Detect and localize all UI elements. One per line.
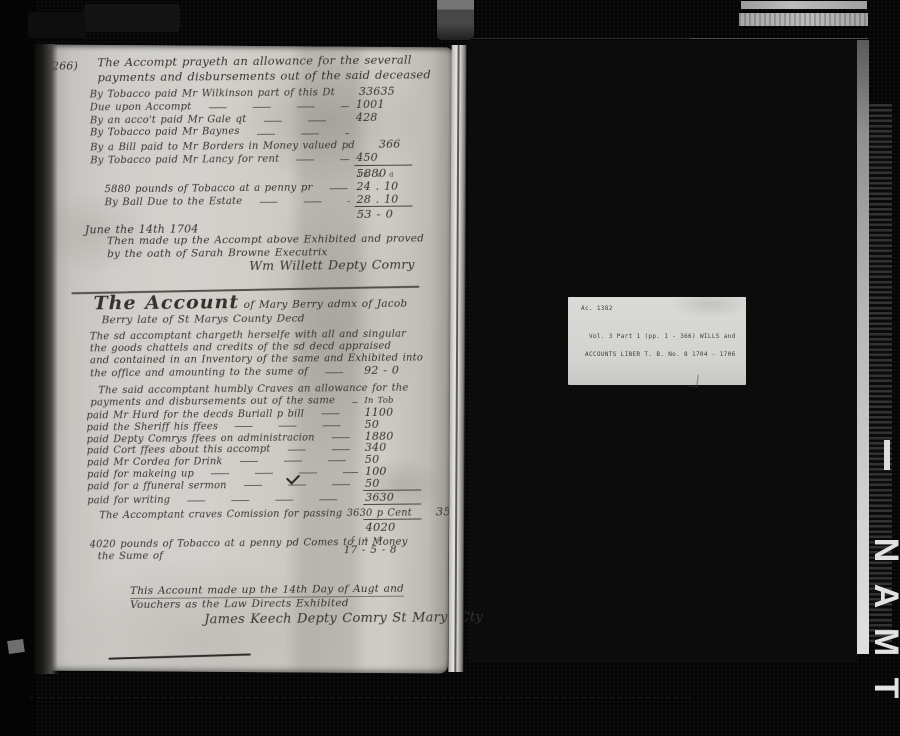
section2-title: The Account of Mary Berry admx of Jacob (93, 290, 407, 315)
section1-ledger-rows: By Tobacco paid Mr Wilkinson part of thi… (90, 85, 413, 167)
book-clamp (437, 0, 474, 40)
manuscript-ink-layer: (266) The Accompt prayeth an allowance f… (39, 44, 452, 674)
money-total-amount: 53 - 0 (355, 206, 413, 222)
dash-leader (251, 111, 349, 125)
manuscript-page: (266) The Accompt prayeth an allowance f… (40, 45, 452, 674)
dash-leader (275, 441, 357, 454)
film-scratch-mark (687, 373, 699, 387)
ledger-row-label: paid for makeing up (87, 468, 194, 480)
section1-money-total: 53 - 0 (105, 206, 413, 224)
dash-leader (360, 138, 372, 151)
book-binding-shadow (34, 44, 58, 674)
conversion-line2: the Sume of (98, 551, 163, 563)
money-row-amount: 24 . 10 (354, 180, 412, 194)
dash-leader (417, 504, 429, 518)
dash-leader (340, 85, 352, 98)
ledger-row-amount: 33635 (357, 85, 415, 99)
official-signature: Wm Willett Depty Comry (249, 257, 415, 273)
writing-row-amount: 3630 (363, 489, 421, 505)
dash-leader (309, 406, 357, 418)
edge-letter: M (863, 622, 900, 662)
currency-unit-header: lb s d (358, 171, 396, 179)
ledger-row-amount: 366 (377, 137, 435, 151)
conversion-amount: 17 - 5 - 8 (344, 544, 397, 556)
film-brand-edge-text: NAMT (866, 527, 900, 711)
film-smudge (84, 4, 180, 32)
film-leader-bar (741, 1, 867, 9)
edge-letter: A (863, 576, 900, 616)
dash-leader (247, 193, 349, 207)
deputy-commissary-signature: James Keech Depty Comry St Marys Cty (204, 610, 483, 627)
card-liber-line: ACCOUNTS LIBER T. B. No. 8 1704 - 1706 (585, 351, 736, 358)
body-last-label: the office and amounting to the sume of (90, 366, 308, 379)
section1-money-rows: 5880 pounds of Tobacco at a penny pr 24 … (104, 180, 412, 209)
ledger-row-amount: 50 (363, 476, 421, 490)
backing-board-edge (690, 38, 868, 39)
section2-ledger-rows: paid Mr Hurd for the decds Buriall p bil… (86, 405, 421, 490)
ledger-row-amount: 1001 (354, 98, 412, 112)
ledger-row-label: paid the Sheriff his ffees (87, 421, 219, 433)
ledger-row-amount: 450 (354, 150, 412, 164)
ink-stroke-line (109, 653, 251, 659)
section2-title-rest: of Mary Berry admx of Jacob (244, 298, 408, 311)
ledger-row: By a Bill paid to Mr Borders in Money va… (90, 137, 412, 153)
writing-row-label: paid for writing (87, 495, 170, 507)
card-reference-number: Ac. 1382 (581, 305, 613, 312)
catalog-card: Ac. 1382 Vol. 3 Part 1 (pp. 1 - 366) WIL… (568, 297, 746, 385)
section2-body-last-row: the office and amounting to the sume of … (90, 363, 420, 379)
section2-title-line2: Berry late of St Marys County Decd (102, 312, 305, 326)
ledger-row-label: By Tobacco paid Mr Lancy for rent (90, 154, 279, 167)
inventory-amount: 92 - 0 (362, 363, 420, 377)
film-leader-bar (739, 13, 868, 26)
dash-leader (320, 430, 358, 442)
tobacco-unit-header: In Tob (362, 395, 420, 406)
card-volume-line: Vol. 3 Part 1 (pp. 1 - 366) WILLS and (589, 333, 736, 340)
ledger-row-label: Due upon Accompt (90, 102, 192, 114)
dash-leader (284, 151, 349, 165)
dash-leader (317, 180, 349, 193)
film-edge-tab (7, 639, 25, 654)
edge-letter: T (863, 668, 900, 708)
section1-heading: The Accompt prayeth an allowance for the… (97, 52, 431, 85)
ledger-row-amount (354, 132, 412, 133)
film-left-margin (0, 0, 36, 736)
ledger-row-label: paid for a ffuneral sermon (87, 480, 227, 492)
heading-line: payments and disbursements out of the sa… (97, 67, 431, 85)
edge-letter: N (863, 530, 900, 570)
section2-total-row: 4020 (99, 518, 421, 536)
dash-leader (175, 490, 358, 507)
film-smudge (28, 12, 86, 38)
page-edge-stack (448, 45, 466, 672)
closing-statement: This Account made up the 14th Day of Aug… (130, 583, 404, 611)
dash-leader (196, 98, 349, 113)
section2-body: The sd accomptant chargeth herselfe with… (90, 328, 423, 366)
section2-title-lead: The Account (93, 291, 239, 314)
backing-board-edge (460, 38, 690, 39)
dash-leader (245, 125, 349, 139)
closing-line: Vouchers as the Law Directs Exhibited (130, 596, 404, 611)
pounds-shillings-pence-header: £ s d (352, 535, 385, 543)
dash-leader (313, 364, 357, 377)
money-row-amount: 28 . 10 (355, 193, 413, 207)
microfilm-scan-frame: (266) The Accompt prayeth an allowance f… (0, 0, 900, 736)
dash-leader (340, 395, 357, 406)
grand-total-amount: 4020 (363, 518, 421, 534)
edge-letter-fragment (884, 440, 890, 470)
film-scan-artifact-line (30, 697, 690, 698)
ledger-row-label: By Tobacco paid Mr Baynes (90, 126, 240, 138)
ledger-row-amount: 428 (354, 111, 412, 125)
